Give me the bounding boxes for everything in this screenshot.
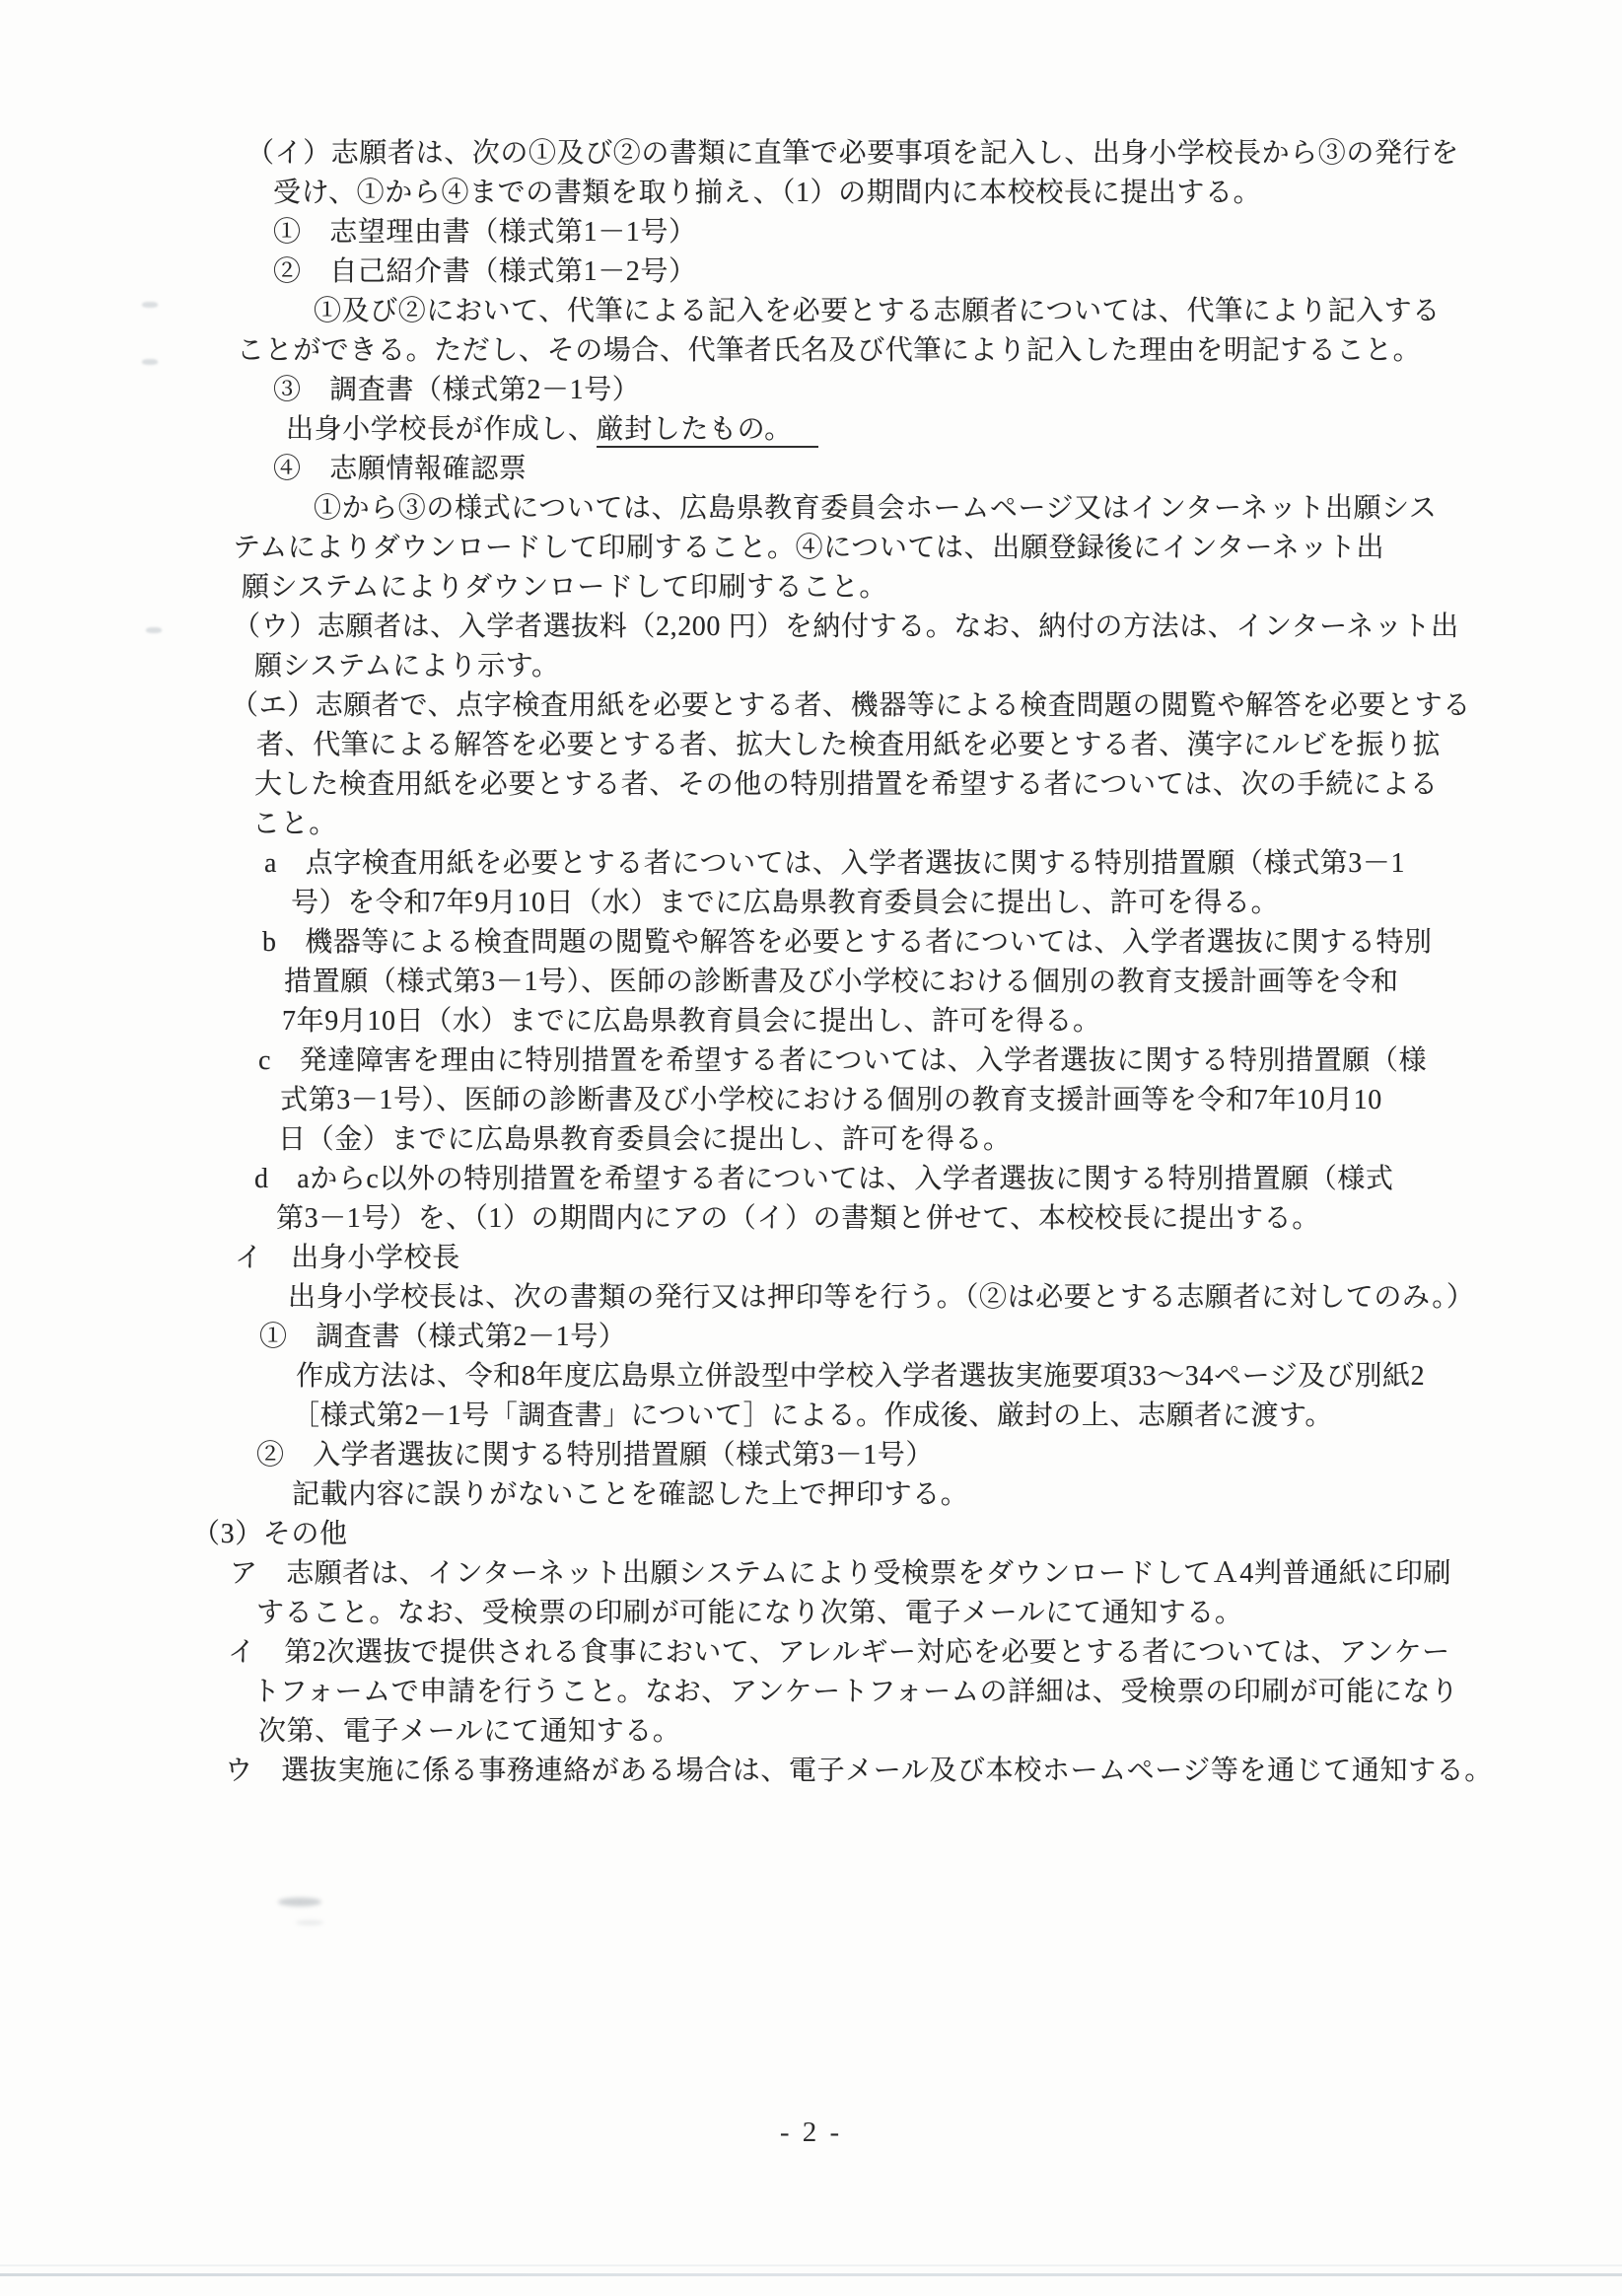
doc-line: 記載内容に誤りがないことを確認した上で押印する。 [292,1475,1622,1515]
doc-line: （エ）志願者で、点字検査用紙を必要とする者、機器等による検査問題の閲覧や解答を必… [231,686,1622,726]
doc-line: 次第、電子メールにて通知する。 [258,1712,1622,1752]
doc-line: すること。なお、受検票の印刷が可能になり次第、電子メールにて通知する。 [256,1594,1622,1633]
doc-line: 出身小学校長は、次の書類の発行又は押印等を行う。（②は必要とする志願者に対しての… [288,1278,1622,1318]
doc-line: 7年9月10日（水）までに広島県教育員会に提出し、許可を得る。 [282,1002,1622,1041]
doc-line: 大した検査用紙を必要とする者、その他の特別措置を希望する者については、次の手続に… [254,765,1622,805]
doc-heading: イ 出身小学校長 [235,1239,1622,1278]
doc-line: 願システムによりダウンロードして印刷すること。 [242,568,1622,608]
doc-line: トフォームで申請を行うこと。なお、アンケートフォームの詳細は、受検票の印刷が可能… [252,1673,1622,1712]
page-number: - 2 - [0,2117,1622,2149]
doc-line-item: ③ 調査書（様式第2－1号） [273,371,1622,410]
doc-line: ①から③の様式については、広島県教育委員会ホームページ又はインターネット出願シス [314,489,1622,529]
doc-line-item: イ 第2次選抜で提供される食事において、アレルギー対応を必要とする者については、… [228,1633,1622,1673]
doc-line: 願システムにより示す。 [254,647,1622,686]
doc-line-underlined: 出身小学校長が作成し、厳封したもの。 [286,410,1622,450]
doc-line: こと。 [252,805,1622,844]
doc-line-item: d aからc以外の特別措置を希望する者については、入学者選抜に関する特別措置願（… [254,1160,1622,1199]
scan-smudge-artifact [296,1920,323,1925]
doc-line: 受け、①から④までの書類を取り揃え、（1）の期間内に本校校長に提出する。 [273,174,1622,213]
scan-edge-artifact [146,627,162,633]
doc-line: （ウ）志願者は、入学者選抜料（2,200 円）を納付する。なお、納付の方法は、イ… [233,608,1622,647]
doc-line: 式第3－1号）、医師の診断書及び小学校における個別の教育支援計画等を令和7年10… [280,1081,1622,1120]
doc-line: 作成方法は、令和8年度広島県立併設型中学校入学者選抜実施要項33〜34ページ及び… [296,1357,1622,1397]
doc-line: ［様式第2－1号「調査書」について］による。作成後、厳封の上、志願者に渡す。 [292,1397,1622,1436]
scan-edge-artifact [142,302,158,308]
doc-line-item: ④ 志願情報確認票 [273,450,1622,489]
doc-line: ことができる。ただし、その場合、代筆者氏名及び代筆により記入した理由を明記するこ… [237,331,1622,371]
doc-line: 日（金）までに広島県教育委員会に提出し、許可を得る。 [278,1120,1622,1160]
doc-line-item: ① 志望理由書（様式第1－1号） [273,213,1622,252]
doc-line-item: ① 調査書（様式第2－1号） [259,1318,1622,1357]
doc-line-item: b 機器等による検査問題の閲覧や解答を必要とする者については、入学者選抜に関する… [262,923,1622,963]
document-body: （イ）志願者は、次の①及び②の書類に直筆で必要事項を記入し、出身小学校長から③の… [0,134,1622,1791]
doc-line: 第3－1号）を、（1）の期間内にアの（イ）の書類と併せて、本校校長に提出する。 [276,1199,1622,1239]
doc-line-item: ② 入学者選抜に関する特別措置願（様式第3－1号） [256,1436,1622,1475]
document-page: （イ）志願者は、次の①及び②の書類に直筆で必要事項を記入し、出身小学校長から③の… [0,0,1622,2296]
doc-line-item: ② 自己紹介書（様式第1－2号） [273,252,1622,292]
doc-line: 号）を令和7年9月10日（水）までに広島県教育委員会に提出し、許可を得る。 [291,884,1622,923]
scan-line-artifact [0,2273,1622,2276]
doc-line-item: c 発達障害を理由に特別措置を希望する者については、入学者選抜に関する特別措置願… [258,1041,1622,1081]
scan-line-artifact [0,2264,1622,2266]
underlined-text: 厳封したもの。 [597,414,818,448]
doc-text: 出身小学校長が作成し、 [286,414,597,445]
doc-line-item: ウ 選抜実施に係る事務連絡がある場合は、電子メール及び本校ホームページ等を通じて… [225,1752,1622,1791]
scan-edge-artifact [142,359,158,365]
scan-smudge-artifact [278,1898,321,1906]
doc-line: テムによりダウンロードして印刷すること。④については、出願登録後にインターネット… [233,529,1622,568]
doc-line: 者、代筆による解答を必要とする者、拡大した検査用紙を必要とする者、漢字にルビを振… [256,726,1622,765]
doc-line-item: a 点字検査用紙を必要とする者については、入学者選抜に関する特別措置願（様式第3… [264,844,1622,884]
doc-line: （イ）志願者は、次の①及び②の書類に直筆で必要事項を記入し、出身小学校長から③の… [247,134,1622,174]
doc-line-item: ア 志願者は、インターネット出願システムにより受検票をダウンロードしてＡ4判普通… [230,1554,1622,1594]
doc-line: ①及び②において、代筆による記入を必要とする志願者については、代筆により記入する [314,292,1622,331]
doc-line: 措置願（様式第3－1号）、医師の診断書及び小学校における個別の教育支援計画等を令… [284,963,1622,1002]
doc-heading: （3）その他 [192,1515,1622,1554]
